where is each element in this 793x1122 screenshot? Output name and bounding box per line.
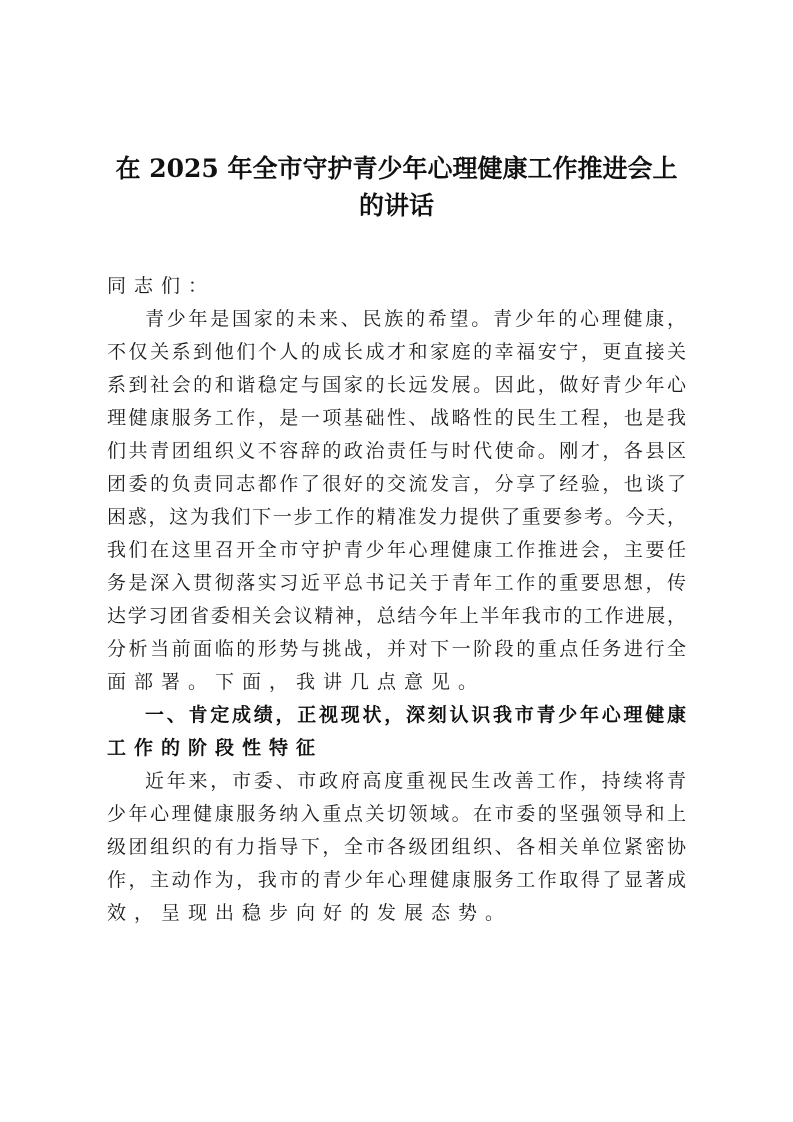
heading-line: 一、肯定成绩，正视现状，深刻认识我市青少年心理健康 (107, 699, 687, 732)
text-line: 理健康服务工作，是一项基础性、战略性的民生工程，也是我 (107, 402, 687, 435)
text-line: 达学习团省委相关会议精神，总结今年上半年我市的工作进展， (107, 600, 687, 633)
text-line: 效，呈现出稳步向好的发展态势。 (107, 897, 687, 930)
text-line: 务是深入贯彻落实习近平总书记关于青年工作的重要思想，传 (107, 567, 687, 600)
text-line: 困惑，这为我们下一步工作的精准发力提供了重要参考。今天， (107, 501, 687, 534)
text-line: 级团组织的有力指导下，全市各级团组织、各相关单位紧密协 (107, 831, 687, 864)
title-line-2: 的讲话 (100, 187, 693, 224)
paragraph-section-1: 近年来，市委、市政府高度重视民生改善工作，持续将青 少年心理健康服务纳入重点关切… (107, 765, 687, 930)
text-line: 们共青团组织义不容辞的政治责任与时代使命。刚才，各县区 (107, 435, 687, 468)
text-line: 团委的负责同志都作了很好的交流发言，分享了经验，也谈了 (107, 468, 687, 501)
text-line: 系到社会的和谐稳定与国家的长远发展。因此，做好青少年心 (107, 369, 687, 402)
text-line: 近年来，市委、市政府高度重视民生改善工作，持续将青 (107, 765, 687, 798)
section-heading-1: 一、肯定成绩，正视现状，深刻认识我市青少年心理健康 工作的阶段性特征 (107, 699, 687, 765)
text-line: 作，主动作为，我市的青少年心理健康服务工作取得了显著成 (107, 864, 687, 897)
heading-line: 工作的阶段性特征 (107, 732, 687, 765)
text-line: 我们在这里召开全市守护青少年心理健康工作推进会，主要任 (107, 534, 687, 567)
text-line: 不仅关系到他们个人的成长成才和家庭的幸福安宁，更直接关 (107, 336, 687, 369)
document-page: 在 2025 年全市守护青少年心理健康工作推进会上 的讲话 同志们： 青少年是国… (0, 0, 793, 1122)
title-line-1: 在 2025 年全市守护青少年心理健康工作推进会上 (100, 150, 693, 187)
salutation: 同志们： (107, 270, 687, 303)
paragraph-intro: 青少年是国家的未来、民族的希望。青少年的心理健康， 不仅关系到他们个人的成长成才… (107, 303, 687, 699)
document-body: 同志们： 青少年是国家的未来、民族的希望。青少年的心理健康， 不仅关系到他们个人… (107, 270, 687, 930)
document-title: 在 2025 年全市守护青少年心理健康工作推进会上 的讲话 (100, 150, 693, 224)
text-line: 面部署。下面，我讲几点意见。 (107, 666, 687, 699)
text-line: 少年心理健康服务纳入重点关切领域。在市委的坚强领导和上 (107, 798, 687, 831)
text-line: 青少年是国家的未来、民族的希望。青少年的心理健康， (107, 303, 687, 336)
text-line: 分析当前面临的形势与挑战，并对下一阶段的重点任务进行全 (107, 633, 687, 666)
